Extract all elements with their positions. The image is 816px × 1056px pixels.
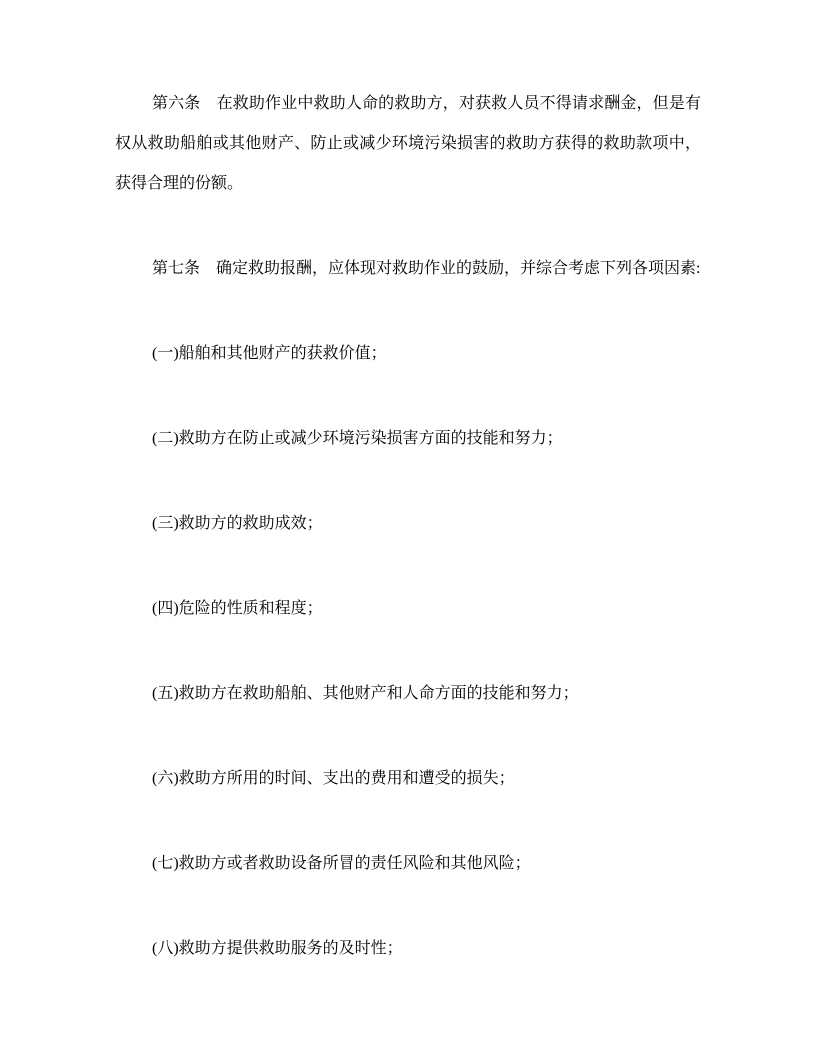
list-item-6: (六)救助方所用的时间、支出的费用和遭受的损失； [115,759,701,799]
list-item-7: (七)救助方或者救助设备所冒的责任风险和其他风险； [115,844,701,884]
paragraph-article-6: 第六条 在救助作业中救助人命的救助方，对获救人员不得请求酬金，但是有权从救助船舶… [115,84,701,204]
list-item-4: (四)危险的性质和程度； [115,589,701,629]
document-page: 第六条 在救助作业中救助人命的救助方，对获救人员不得请求酬金，但是有权从救助船舶… [0,0,816,1056]
list-item-2: (二)救助方在防止或减少环境污染损害方面的技能和努力； [115,419,701,459]
paragraph-article-7: 第七条 确定救助报酬，应体现对救助作业的鼓励，并综合考虑下列各项因素: [115,249,701,289]
list-item-3: (三)救助方的救助成效； [115,504,701,544]
list-item-8: (八)救助方提供救助服务的及时性； [115,929,701,969]
list-item-1: (一)船舶和其他财产的获救价值； [115,334,701,374]
list-item-5: (五)救助方在救助船舶、其他财产和人命方面的技能和努力； [115,674,701,714]
